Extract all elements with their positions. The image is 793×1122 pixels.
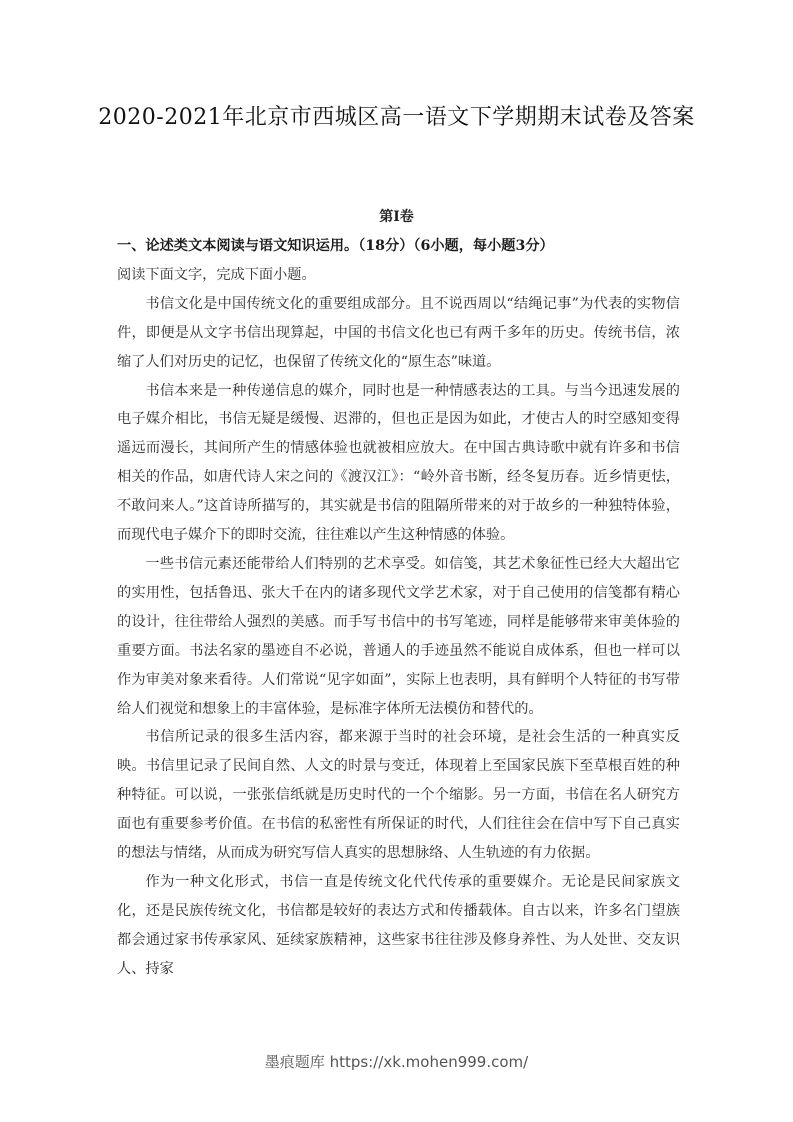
- section-heading: 一、论述类文本阅读与语文知识运用。（18分）（6小题，每小题3分）: [117, 232, 680, 261]
- reading-instruction: 阅读下面文字，完成下面小题。: [117, 261, 680, 290]
- paragraph-4: 书信所记录的很多生活内容，都来源于当时的社会环境，是社会生活的一种真实反映。书信…: [117, 723, 680, 868]
- paragraph-5: 作为一种文化形式，书信一直是传统文化代代传承的重要媒介。无论是民间家族文化，还是…: [117, 868, 680, 984]
- volume-heading: 第Ⅰ卷: [0, 206, 793, 226]
- footer-watermark: 墨痕题库 https://xk.mohen999.com/: [0, 1051, 793, 1072]
- paragraph-2: 书信本来是一种传递信息的媒介，同时也是一种情感表达的工具。与当今迅速发展的电子媒…: [117, 377, 680, 550]
- document-body: 一、论述类文本阅读与语文知识运用。（18分）（6小题，每小题3分） 阅读下面文字…: [117, 232, 680, 984]
- paragraph-3: 一些书信元素还能带给人们特别的艺术享受。如信笺，其艺术象征性已经大大超出它的实用…: [117, 550, 680, 723]
- page-title: 2020-2021年北京市西城区高一语文下学期期末试卷及答案: [0, 100, 793, 131]
- paragraph-1: 书信文化是中国传统文化的重要组成部分。且不说西周以“结绳记事”为代表的实物信件，…: [117, 290, 680, 377]
